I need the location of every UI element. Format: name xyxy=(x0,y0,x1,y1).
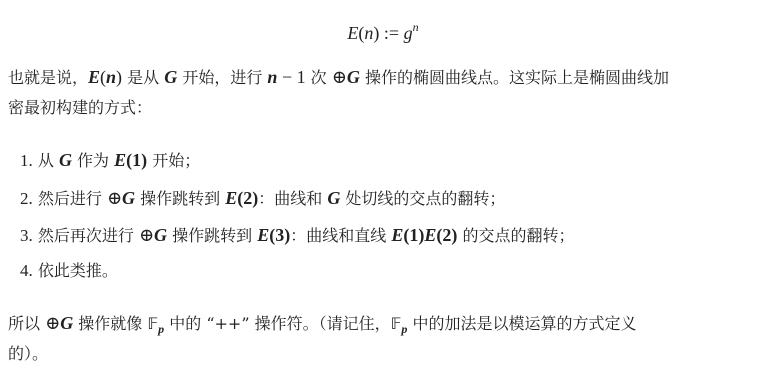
math-g: G xyxy=(164,67,177,87)
math-n: n xyxy=(267,67,277,87)
para1-line1: 也就是说，E(n) 是从 G 开始，进行 n − 1 次 ⊕G 操作的椭圆曲线点… xyxy=(8,65,669,90)
math-e: E xyxy=(88,67,100,87)
oplus-symbol: ⊕ xyxy=(332,67,347,87)
list-item-4: 4. 依此类推。 xyxy=(20,259,118,283)
text: 所以 xyxy=(8,314,45,333)
para1-line2: 密最初构建的方式： xyxy=(8,96,152,120)
text: 的）。 xyxy=(8,344,48,363)
text: 依此类推。 xyxy=(33,261,118,280)
list-item-3: 3. 然后再次进行 ⊕G 操作跳转到 E(3)：曲线和直线 E(1)E(2) 的… xyxy=(20,223,574,248)
oplus-symbol: ⊕ xyxy=(139,225,154,245)
text: 的交点的翻转； xyxy=(457,226,574,245)
math-e: E xyxy=(114,150,126,170)
math-arg: (2) xyxy=(237,188,258,208)
eq-operator: := xyxy=(379,23,403,43)
text: 开始； xyxy=(147,151,200,170)
text: 然后再次进行 xyxy=(33,226,139,245)
math-e: E xyxy=(424,225,436,245)
text: 中的 “++” 操作符。（请记住， xyxy=(164,314,390,333)
list-number: 2. xyxy=(20,189,33,208)
math-n: n xyxy=(106,67,116,87)
text: 然后进行 xyxy=(33,189,107,208)
math-g: G xyxy=(122,188,135,208)
blackboard-f: 𝔽 xyxy=(391,314,402,333)
text: 次 xyxy=(306,68,332,87)
text: ：曲线和直线 xyxy=(290,226,391,245)
eq-func-e: E xyxy=(347,23,358,43)
text: 作为 xyxy=(72,151,114,170)
math-arg: (3) xyxy=(269,225,290,245)
list-item-2: 2. 然后进行 ⊕G 操作跳转到 E(2)：曲线和 G 处切线的交点的翻转； xyxy=(20,186,505,211)
math-g: G xyxy=(347,67,360,87)
para2-line1: 所以 ⊕G 操作就像 𝔽p 中的 “++” 操作符。（请记住，𝔽p 中的加法是以… xyxy=(8,311,636,341)
display-equation: E(n) := gn xyxy=(0,12,766,49)
math-g: G xyxy=(60,313,73,333)
eq-exponent-n: n xyxy=(413,20,419,34)
math-arg: (1) xyxy=(126,150,147,170)
text: 操作跳转到 xyxy=(167,226,257,245)
para2-line2: 的）。 xyxy=(8,342,48,366)
math-g: G xyxy=(154,225,167,245)
list-number: 1. xyxy=(20,151,33,170)
text: 操作就像 xyxy=(73,314,147,333)
text: 是从 xyxy=(122,68,164,87)
text: 从 xyxy=(33,151,59,170)
text: ：曲线和 xyxy=(258,189,327,208)
text: 操作跳转到 xyxy=(135,189,225,208)
math-e: E xyxy=(225,188,237,208)
list-number: 3. xyxy=(20,226,33,245)
list-item-1: 1. 从 G 作为 E(1) 开始； xyxy=(20,148,200,173)
math-g: G xyxy=(59,150,72,170)
list-number: 4. xyxy=(20,261,33,280)
math-e: E xyxy=(257,225,269,245)
text: 开始，进行 xyxy=(177,68,267,87)
math-g: G xyxy=(327,188,340,208)
math-arg: (1) xyxy=(403,225,424,245)
oplus-symbol: ⊕ xyxy=(45,313,60,333)
oplus-symbol: ⊕ xyxy=(107,188,122,208)
text: 操作的椭圆曲线点。这实际上是椭圆曲线加 xyxy=(360,68,669,87)
text: 也就是说， xyxy=(8,68,88,87)
text: 密最初构建的方式： xyxy=(8,98,152,117)
math-minus-one: − 1 xyxy=(277,67,305,87)
blackboard-f: 𝔽 xyxy=(147,314,158,333)
text: 中的加法是以模运算的方式定义 xyxy=(407,314,636,333)
math-arg: (2) xyxy=(436,225,457,245)
eq-base-g: g xyxy=(404,23,413,43)
text: 处切线的交点的翻转； xyxy=(340,189,505,208)
math-e: E xyxy=(391,225,403,245)
